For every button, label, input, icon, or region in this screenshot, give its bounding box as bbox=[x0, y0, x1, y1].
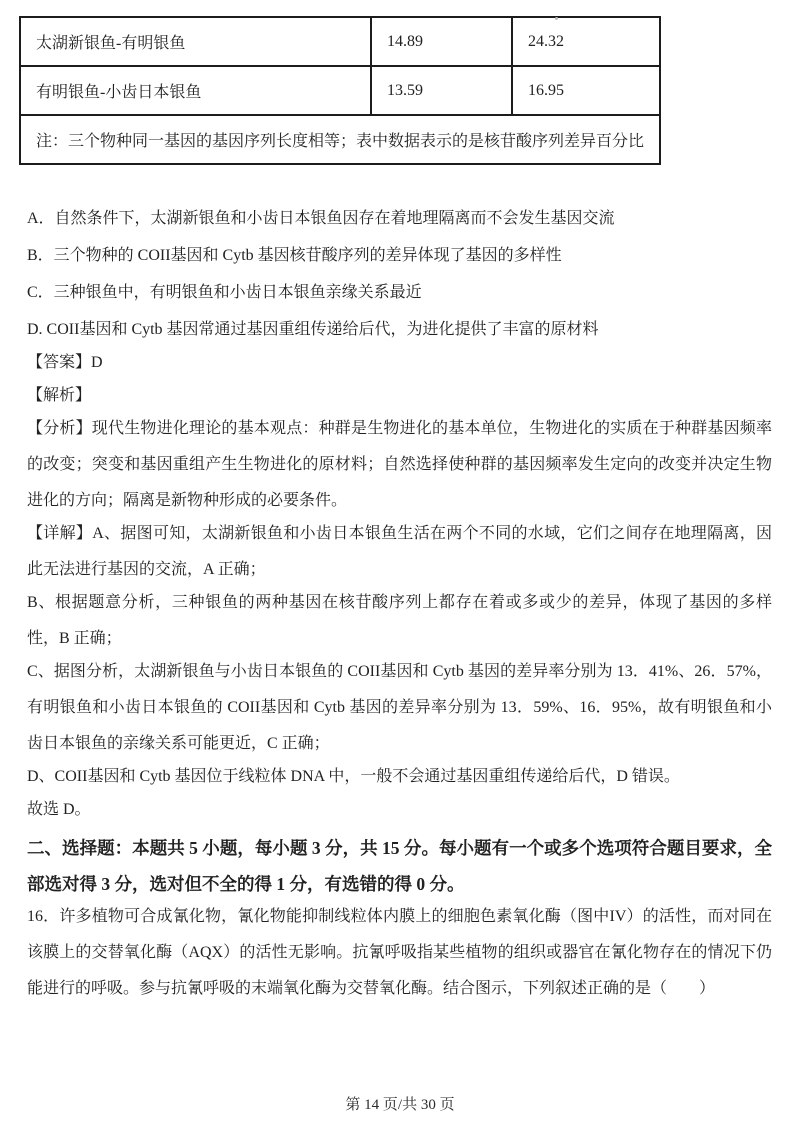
section-two-heading: 二、选择题：本题共 5 小题，每小题 3 分，共 15 分。每小题有一个或多个选… bbox=[27, 830, 772, 902]
detail-paragraph-a: 【详解】A、据图可知，太湖新银鱼和小齿日本银鱼生活在两个不同的水域，它们之间存在… bbox=[27, 516, 772, 588]
cytb-value-cell: 16.95 bbox=[512, 66, 660, 115]
cytb-value-cell: 24.32 bbox=[512, 17, 660, 66]
question16-stem: 16．许多植物可合成氰化物，氰化物能抑制线粒体内膜上的细胞色素氧化酶（图中IV）… bbox=[27, 899, 772, 1007]
table-note-row: 注：三个物种同一基因的基因序列长度相等；表中数据表示的是核苷酸序列差异百分比 bbox=[20, 115, 660, 164]
answer-line: 【答案】D bbox=[27, 345, 772, 381]
option-c: C．三种银鱼中，有明银鱼和小齿日本银鱼亲缘关系最近 bbox=[27, 274, 772, 311]
table-row: 有明银鱼-小齿日本银鱼 13.59 16.95 bbox=[20, 66, 660, 115]
analysis-header: 【解析】 bbox=[27, 378, 772, 414]
gene-difference-table: 太湖新银鱼-有明银鱼 14.89 24.32 有明银鱼-小齿日本银鱼 13.59… bbox=[19, 16, 661, 165]
option-d: D. COII基因和 Cytb 基因常通过基因重组传递给后代，为进化提供了丰富的… bbox=[27, 311, 772, 348]
option-b: B．三个物种的 COII基因和 Cytb 基因核苷酸序列的差异体现了基因的多样性 bbox=[27, 237, 772, 274]
species-pair-cell: 太湖新银鱼-有明银鱼 bbox=[20, 17, 371, 66]
table-row: 太湖新银鱼-有明银鱼 14.89 24.32 bbox=[20, 17, 660, 66]
conclusion-line: 故选 D。 bbox=[27, 792, 772, 828]
page-number-footer: 第 14 页/共 30 页 bbox=[0, 1093, 800, 1114]
scan-speck-artifact bbox=[555, 17, 558, 20]
coii-value-cell: 13.59 bbox=[371, 66, 512, 115]
detail-paragraph-b: B、根据题意分析，三种银鱼的两种基因在核苷酸序列上都存在着或多或少的差异，体现了… bbox=[27, 585, 772, 657]
question-body: A．自然条件下，太湖新银鱼和小齿日本银鱼因存在着地理隔离而不会发生基因交流 B．… bbox=[0, 200, 800, 1007]
analysis-paragraph: 【分析】现代生物进化理论的基本观点：种群是生物进化的基本单位，生物进化的实质在于… bbox=[27, 411, 772, 519]
document-page: 太湖新银鱼-有明银鱼 14.89 24.32 有明银鱼-小齿日本银鱼 13.59… bbox=[0, 0, 800, 1128]
detail-paragraph-c: C、据图分析，太湖新银鱼与小齿日本银鱼的 COII基因和 Cytb 基因的差异率… bbox=[27, 654, 772, 762]
detail-paragraph-d: D、COII基因和 Cytb 基因位于线粒体 DNA 中，一般不会通过基因重组传… bbox=[27, 759, 772, 795]
species-pair-cell: 有明银鱼-小齿日本银鱼 bbox=[20, 66, 371, 115]
option-a: A．自然条件下，太湖新银鱼和小齿日本银鱼因存在着地理隔离而不会发生基因交流 bbox=[27, 200, 772, 237]
table-note: 注：三个物种同一基因的基因序列长度相等；表中数据表示的是核苷酸序列差异百分比 bbox=[20, 115, 660, 164]
coii-value-cell: 14.89 bbox=[371, 17, 512, 66]
